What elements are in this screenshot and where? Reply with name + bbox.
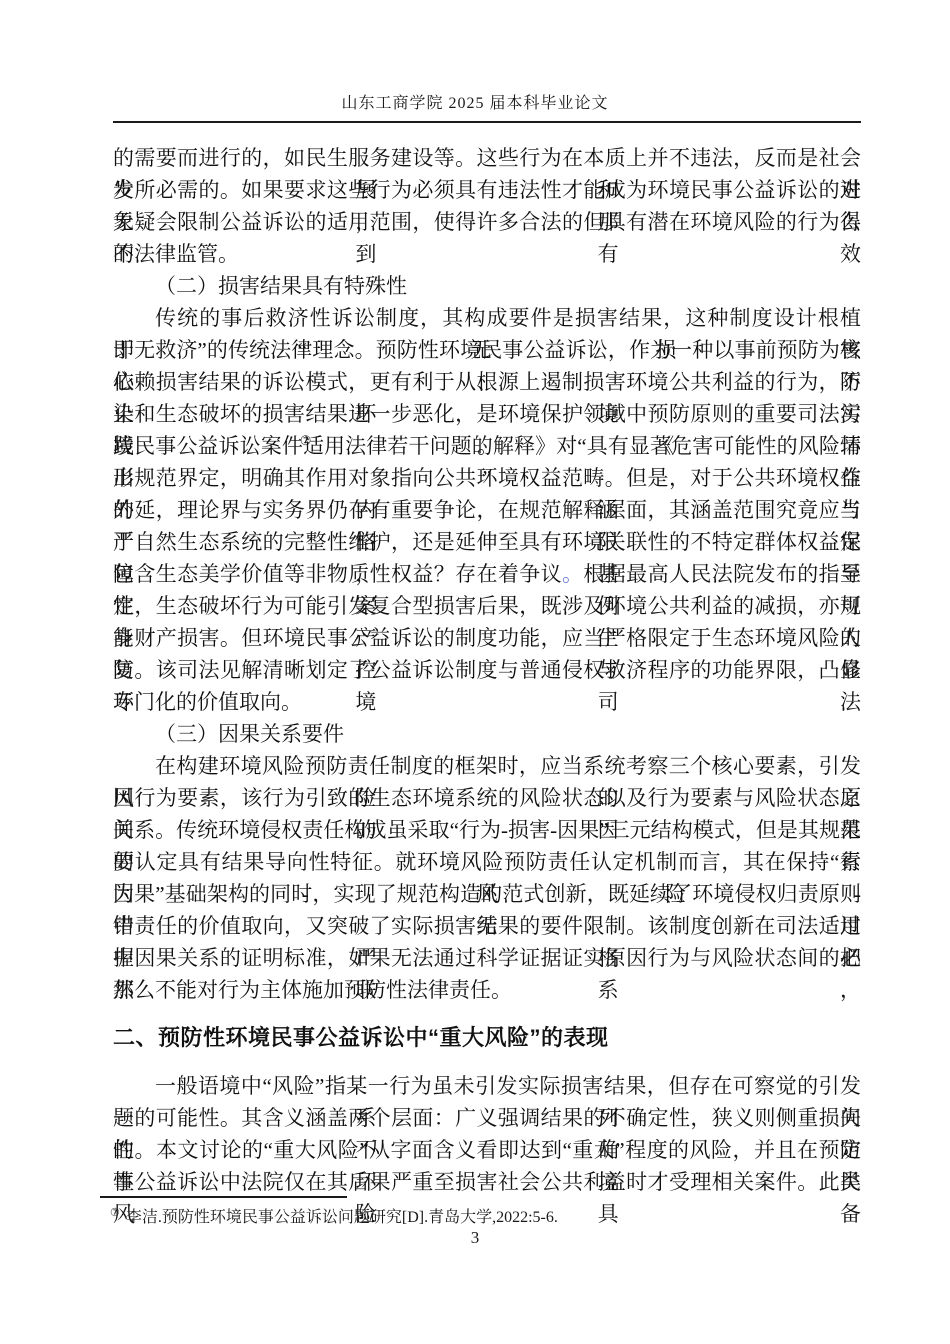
text-line: 出规范界定，明确其作用对象指向公共环境权益范畴。但是，对于公共环境权益的内涵与: [113, 462, 861, 494]
footnote-text: 李洁.预防性环境民事公益诉讼问题研究[D].青岛大学,2022:5-6.: [126, 1209, 558, 1226]
text-line: 于自然生态系统的完整性维护，还是延伸至具有环境关联性的不特定群体权益保障，甚至: [113, 526, 861, 558]
document-body: 的需要而进行的，如民生服务建设等。这些行为在本质上并不违法，反而是社会发展和进步…: [113, 142, 861, 1198]
text-line: 传统的事后救济性诉讼制度，其构成要件是损害结果，这种制度设计根植于“无损害: [113, 302, 861, 334]
text-line: 关系。传统环境侵权责任构成虽采取“行为-损害-因果”三元结构模式，但是其规范要素: [113, 814, 861, 846]
text-line: 题的可能性。其含义涵盖两个层面：广义强调结果的不确定性，狭义则侧重损失的不确定: [113, 1102, 861, 1134]
text-line: 步所必需的。如果要求这些行为必须具有违法性才能成为环境民事公益诉讼的对象，那么: [113, 174, 861, 206]
footnote: ⑦李洁.预防性环境民事公益诉讼问题研究[D].青岛大学,2022:5-6.: [110, 1206, 850, 1230]
section-heading: 二、预防性环境民事公益诉讼中“重大风险”的表现: [113, 1020, 861, 1056]
text-line: 即无救济”的传统法律理念。预防性环境民事公益诉讼，作为一种以事前预防为核心、不: [113, 334, 861, 366]
text-line: 的需要而进行的，如民生服务建设等。这些行为在本质上并不违法，反而是社会发展和进: [113, 142, 861, 174]
document-page: 山东工商学院 2025 届本科毕业论文 的需要而进行的，如民生服务建设等。这些行…: [0, 0, 950, 1344]
footnote-marker: ⑦: [110, 1207, 120, 1219]
page-header-title: 山东工商学院 2025 届本科毕业论文: [0, 94, 950, 114]
subsection-heading: （三）因果关系要件: [113, 718, 861, 750]
text-line: 错责任的价值取向，又突破了实际损害结果的要件限制。该制度创新在司法适用中严格把: [113, 910, 861, 942]
text-line: 境民事公益诉讼案件适用法律若干问题的解释》对“具有显著危害可能性的风险情形”作: [113, 430, 861, 462]
header-rule: [113, 121, 861, 123]
text-line: 因果”基础架构的同时，实现了规范构造的范式创新，既延续了环境侵权归责原则中无过: [113, 878, 861, 910]
text-line: 复。该司法见解清晰划定了公益诉讼制度与普通侵权救济程序的功能界限，凸显环境司法: [113, 654, 861, 686]
text-line: 性。本文讨论的“重大风险”从字面含义看即达到“重大”程度的风险，并且在预防性环境…: [113, 1134, 861, 1166]
text-line: 因行为要素，该行为引致的生态环境系统的风险状态以及行为要素与风险状态之间的因果: [113, 782, 861, 814]
text-line: 一般语境中“风险”指某一行为虽未引发实际损害结果，但存在可察觉的引发一系列问: [113, 1070, 861, 1102]
text-segment: 包含生态美学价值等非物质性权益？存在着争议: [113, 562, 562, 586]
text-line: 事公益诉讼中法院仅在其后果严重至损害社会公共利益时才受理相关案件。此类风险具备: [113, 1166, 861, 1198]
footnote-separator: [100, 1196, 347, 1198]
text-line: 外延，理论界与实务界仍存有重要争论，在规范解释层面，其涵盖范围究竟应当严格限定: [113, 494, 861, 526]
text-line: 包含生态美学价值等非物质性权益？存在着争议。根据最高人民法院发布的指导性案例规: [113, 558, 861, 590]
text-line: 在构建环境风险预防责任制度的框架时，应当系统考察三个核心要素，引发风险的原: [113, 750, 861, 782]
page-number: 3: [0, 1228, 950, 1248]
text-line: 身财产损害。但环境民事公益诉讼的制度功能，应当严格限定于生态环境风险的防控与修: [113, 622, 861, 654]
text-line: 依赖损害结果的诉讼模式，更有利于从根源上遏制损害环境公共利益的行为，防止环境污: [113, 366, 861, 398]
subsection-heading: （二）损害结果具有特殊性: [113, 270, 861, 302]
highlighted-punctuation: 。: [562, 562, 583, 586]
text-line: 握因果关系的证明标准，如果无法通过科学证据证实原因行为与风险状态间的必然联系，: [113, 942, 861, 974]
text-line: 无疑会限制公益诉讼的适用范围，使得许多合法的但具有潜在环境风险的行为得不到有效: [113, 206, 861, 238]
text-line: 定，生态破坏行为可能引发复合型损害后果，既涉及环境公共利益的减损，亦可能产生人: [113, 590, 861, 622]
text-line: 染和生态破坏的损害结果进一步恶化，是环境保护领域中预防原则的重要司法实践⑦。《环: [113, 398, 861, 430]
text-line: 的认定具有结果导向性特征。就环境风险预防责任认定机制而言，其在保持“行为-风险-: [113, 846, 861, 878]
